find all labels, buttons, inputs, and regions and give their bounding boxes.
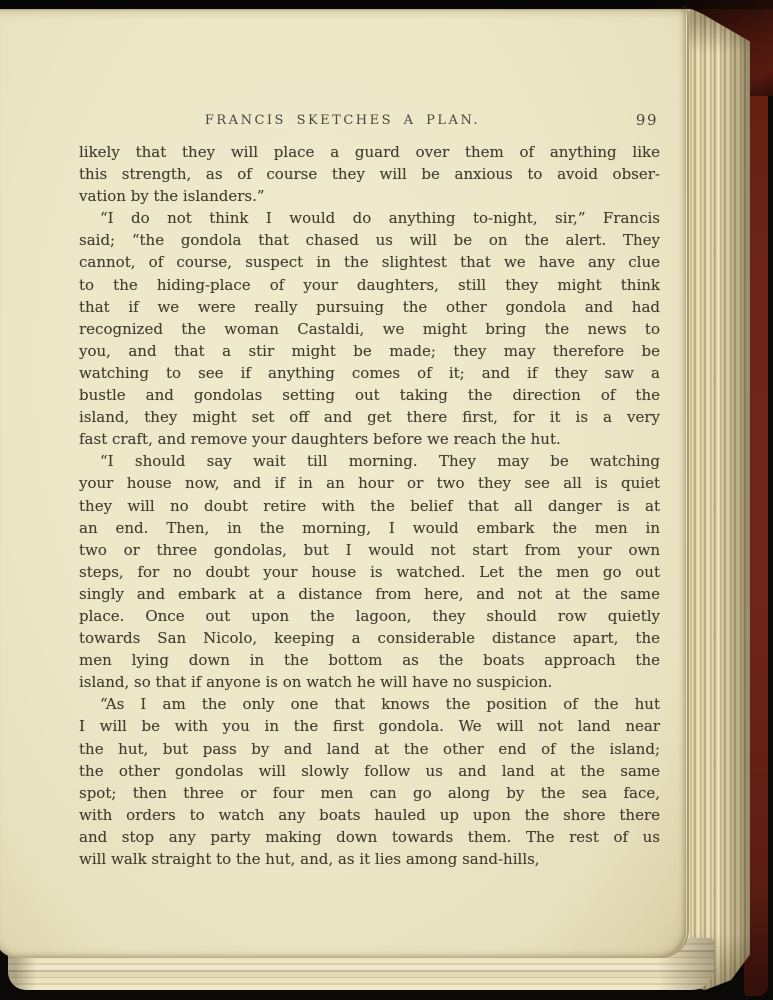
text-line: and stop any party making down towards t… (79, 826, 660, 848)
text-line: they will no doubt retire with the belie… (79, 495, 660, 517)
page-header: FRANCIS SKETCHES A PLAN. 99 (79, 111, 660, 133)
text-line: place. Once out upon the lagoon, they sh… (79, 605, 660, 627)
text-line: I will be with you in the first gondola.… (79, 715, 660, 737)
photo-top-edge (0, 0, 773, 9)
text-line: likely that they will place a guard over… (79, 141, 660, 163)
text-line: “I should say wait till morning. They ma… (79, 450, 660, 472)
body-text: likely that they will place a guard over… (79, 141, 660, 870)
text-line: will walk straight to the hut, and, as i… (79, 848, 660, 870)
text-line: spot; then three or four men can go alon… (79, 782, 660, 804)
text-line: said; “the gondola that chased us will b… (79, 229, 660, 251)
text-line: “I do not think I would do anything to-n… (79, 207, 660, 229)
text-line: the other gondolas will slowly follow us… (79, 760, 660, 782)
text-line: men lying down in the bottom as the boat… (79, 649, 660, 671)
text-line: this strength, as of course they will be… (79, 163, 660, 185)
paragraph: likely that they will place a guard over… (79, 141, 660, 207)
text-line: towards San Nicolo, keeping a considerab… (79, 627, 660, 649)
text-line: cannot, of course, suspect in the slight… (79, 251, 660, 273)
page-edges-right (682, 4, 750, 992)
text-line: your house now, and if in an hour or two… (79, 472, 660, 494)
text-line: steps, for no doubt your house is watche… (79, 561, 660, 583)
text-line: vation by the islanders.” (79, 185, 660, 207)
text-line: island, so that if anyone is on watch he… (79, 671, 660, 693)
text-line: fast craft, and remove your daughters be… (79, 428, 660, 450)
paragraph: “I should say wait till morning. They ma… (79, 450, 660, 693)
text-line: that if we were really pursuing the othe… (79, 296, 660, 318)
paragraph: “I do not think I would do anything to-n… (79, 207, 660, 450)
text-line: “As I am the only one that knows the pos… (79, 693, 660, 715)
text-line: with orders to watch any boats hauled up… (79, 804, 660, 826)
page-number: 99 (636, 111, 658, 129)
text-line: singly and embark at a distance from her… (79, 583, 660, 605)
running-title: FRANCIS SKETCHES A PLAN. (79, 113, 606, 128)
text-line: to the hiding-place of your daughters, s… (79, 274, 660, 296)
text-line: island, they might set off and get there… (79, 406, 660, 428)
book-photo: FRANCIS SKETCHES A PLAN. 99 likely that … (0, 0, 773, 1000)
text-line: you, and that a stir might be made; they… (79, 340, 660, 362)
paragraph: “As I am the only one that knows the pos… (79, 693, 660, 870)
text-line: watching to see if anything comes of it;… (79, 362, 660, 384)
text-line: bustle and gondolas setting out taking t… (79, 384, 660, 406)
text-line: recognized the woman Castaldi, we might … (79, 318, 660, 340)
book-page: FRANCIS SKETCHES A PLAN. 99 likely that … (0, 8, 687, 958)
text-line: two or three gondolas, but I would not s… (79, 539, 660, 561)
text-line: the hut, but pass by and land at the oth… (79, 738, 660, 760)
text-line: an end. Then, in the morning, I would em… (79, 517, 660, 539)
